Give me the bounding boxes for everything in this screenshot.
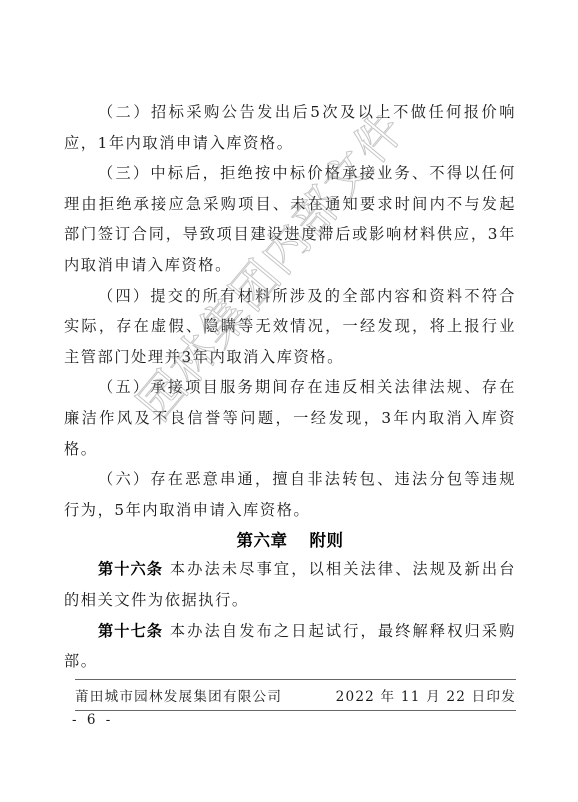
chapter-title: 附则 [310,531,344,550]
chapter-number: 第六章 [237,531,288,550]
document-body: （二）招标采购公告发出后5次及以上不做任何报价响应，1年内取消申请入库资格。 （… [64,97,516,677]
article-16: 第十六条 本办法未尽事宜，以相关法律、法规及新出台的相关文件为依据执行。 [64,554,516,615]
footer-bottom-rule [75,710,516,711]
article-17: 第十七条 本办法自发布之日起试行，最终解释权归采购部。 [64,616,516,677]
paragraph-item-2: （二）招标采购公告发出后5次及以上不做任何报价响应，1年内取消申请入库资格。 [64,97,516,158]
paragraph-item-3: （三）中标后，拒绝按中标价格承接业务、不得以任何理由拒绝承接应急采购项目、未在通… [64,158,516,280]
paragraph-item-6: （六）存在恶意串通，擅自非法转包、违法分包等违规行为，5年内取消申请入库资格。 [64,464,516,525]
document-footer: 莆田城市园林发展集团有限公司 2022 年 11 月 22 日印发 [75,679,516,711]
paragraph-item-4: （四）提交的所有材料所涉及的全部内容和资料不符合实际，存在虚假、隐瞒等无效情况，… [64,281,516,373]
article-17-label: 第十七条 [98,622,163,640]
paragraph-item-5: （五）承接项目服务期间存在违反相关法律法规、存在廉洁作风及不良信誉等问题，一经发… [64,372,516,464]
chapter-heading: 第六章附则 [64,525,516,554]
footer-row: 莆田城市园林发展集团有限公司 2022 年 11 月 22 日印发 [75,680,516,710]
article-16-label: 第十六条 [98,560,163,578]
document-page: （二）招标采购公告发出后5次及以上不做任何报价响应，1年内取消申请入库资格。 （… [0,0,578,802]
page-number: - 6 - [72,712,113,728]
footer-issue-date: 2022 年 11 月 22 日印发 [336,685,516,705]
footer-issuer: 莆田城市园林发展集团有限公司 [75,685,282,705]
